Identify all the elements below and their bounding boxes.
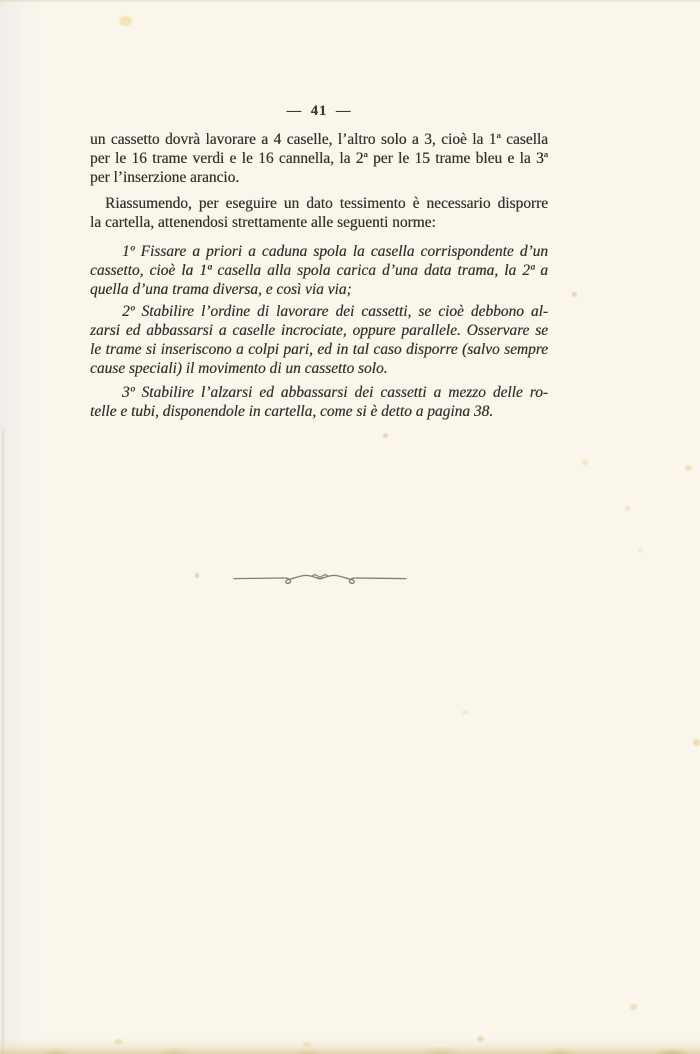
text-line: 3º Stabilire l’alzarsi ed abbassarsi dei… (90, 383, 548, 402)
page-edge-left (0, 0, 46, 1054)
paper-stain (462, 710, 468, 715)
text-line: 1º Fissare a priori a caduna spola la ca… (90, 242, 548, 261)
paper-stain (383, 433, 388, 438)
calligraphic-divider-ornament (232, 569, 408, 587)
page-edge-top (0, 0, 700, 3)
text-line: 2º Stabilire l’ordine di lavorare dei ca… (90, 302, 548, 321)
paragraph: Riassumendo, per eseguire un dato tessim… (90, 194, 548, 232)
text-line: per l’inserzione arancio. (90, 168, 548, 187)
text-line: quella d’una trama diversa, e così via v… (90, 280, 548, 299)
paper-stain (119, 16, 132, 26)
paper-stain (195, 573, 199, 578)
paper-stain (685, 465, 692, 471)
text-line: Riassumendo, per eseguire un dato tessim… (90, 194, 548, 213)
page-edge-bottom (0, 1038, 700, 1054)
paper-stain (638, 548, 643, 552)
paragraph: 2º Stabilire l’ordine di lavorare dei ca… (90, 302, 548, 378)
text-line: cassetto, cioè la 1ª casella alla spola … (90, 261, 548, 280)
paragraph: 1º Fissare a priori a caduna spola la ca… (90, 242, 548, 299)
book-page: — 41 — un cassetto dovrà lavorare a 4 ca… (0, 0, 700, 1054)
paper-stain (630, 1004, 637, 1010)
paragraph: 3º Stabilire l’alzarsi ed abbassarsi dei… (90, 383, 548, 421)
paper-stain (625, 506, 630, 511)
page-edge-left-line (2, 430, 4, 1054)
text-line: le trame si inseriscono a colpi pari, ed… (90, 340, 548, 359)
text-line: un cassetto dovrà lavorare a 4 caselle, … (90, 130, 548, 149)
text-line: per le 16 trame verdi e le 16 cannella, … (90, 149, 548, 168)
page-number: — 41 — (90, 103, 548, 120)
paper-stain (693, 739, 700, 746)
text-block: un cassetto dovrà lavorare a 4 caselle, … (90, 130, 548, 421)
text-line: telle e tubi, disponendole in cartella, … (90, 402, 548, 421)
text-line: zarsi ed abbassarsi a caselle incrociate… (90, 321, 548, 340)
text-line: la cartella, attenendosi strettamente al… (90, 213, 548, 232)
paper-stain (582, 460, 588, 465)
paper-stain (572, 292, 577, 297)
text-line: cause speciali) il movimento di un casse… (90, 359, 548, 378)
paragraph: un cassetto dovrà lavorare a 4 caselle, … (90, 130, 548, 187)
